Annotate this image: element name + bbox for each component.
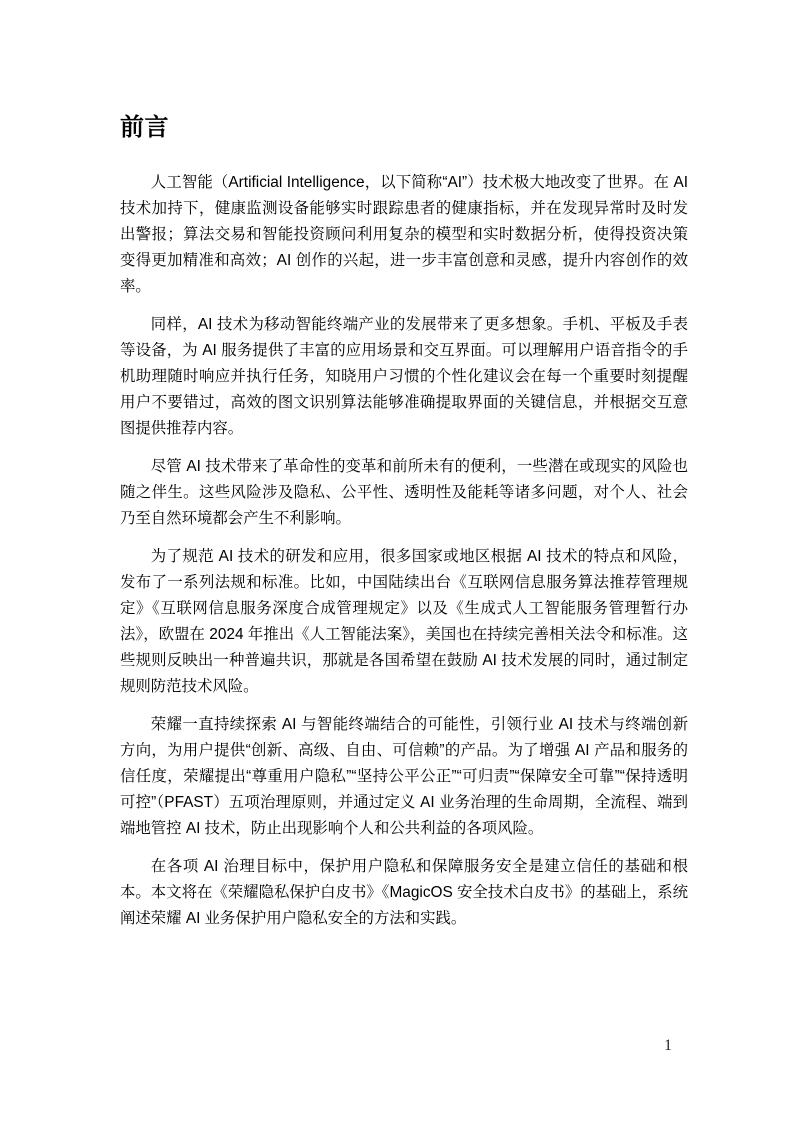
paragraph-mobile-terminal: 同样，AI 技术为移动智能终端产业的发展带来了更多想象。手机、平板及手表等设备，… <box>120 312 688 442</box>
page-number: 1 <box>655 1036 681 1056</box>
section-title: 前言 <box>120 112 688 144</box>
document-content: 前言 人工智能（Artificial Intelligence，以下简称“AI”… <box>120 112 688 944</box>
paragraph-honor-principles: 荣耀一直持续探索 AI 与智能终端结合的可能性，引领行业 AI 技术与终端创新方… <box>120 712 688 842</box>
paragraph-risks: 尽管 AI 技术带来了革命性的变革和前所未有的便利，一些潜在或现实的风险也随之伴… <box>120 454 688 532</box>
paragraph-regulations: 为了规范 AI 技术的研发和应用，很多国家或地区根据 AI 技术的特点和风险，发… <box>120 544 688 700</box>
paragraph-intro-ai: 人工智能（Artificial Intelligence，以下简称“AI”）技术… <box>120 170 688 300</box>
document-page: 前言 人工智能（Artificial Intelligence，以下简称“AI”… <box>0 0 793 1122</box>
paragraph-whitepaper-scope: 在各项 AI 治理目标中，保护用户隐私和保障服务安全是建立信任的基础和根本。本文… <box>120 854 688 932</box>
